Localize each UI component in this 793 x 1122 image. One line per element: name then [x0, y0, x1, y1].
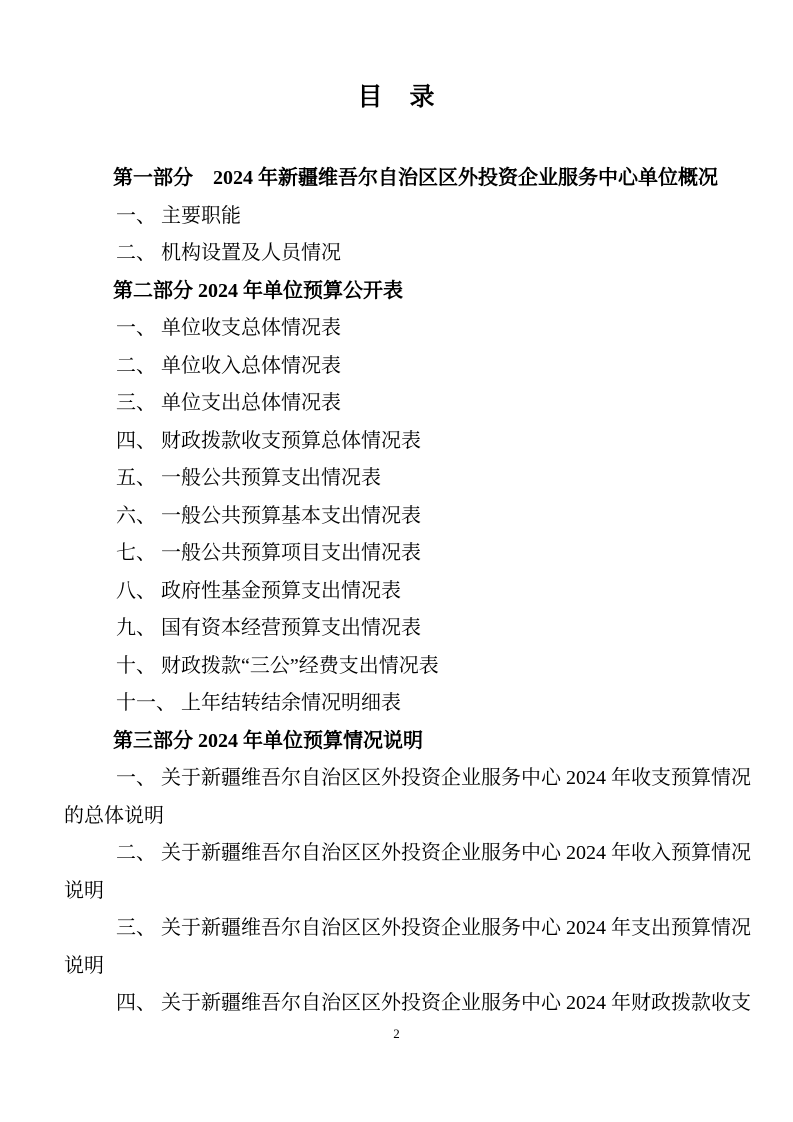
toc-entry: 一、 关于新疆维吾尔自治区区外投资企业服务中心 2024 年收支预算情况: [116, 760, 793, 798]
toc-entry: 八、 政府性基金预算支出情况表: [116, 573, 793, 611]
toc-entry: 三、 单位支出总体情况表: [116, 385, 793, 423]
toc-entry-continuation: 说明: [64, 873, 793, 911]
toc-entry: 二、 单位收入总体情况表: [116, 348, 793, 386]
toc-entry: 九、 国有资本经营预算支出情况表: [116, 610, 793, 648]
toc-entry: 一、 主要职能: [116, 198, 793, 236]
toc-section-2-heading: 第二部分 2024 年单位预算公开表: [113, 273, 793, 311]
toc-entry: 二、 关于新疆维吾尔自治区区外投资企业服务中心 2024 年收入预算情况: [116, 835, 793, 873]
toc-section-1-heading: 第一部分 2024 年新疆维吾尔自治区区外投资企业服务中心单位概况: [113, 160, 793, 198]
toc-entry: 六、 一般公共预算基本支出情况表: [116, 498, 793, 536]
toc-entry: 三、 关于新疆维吾尔自治区区外投资企业服务中心 2024 年支出预算情况: [116, 910, 793, 948]
toc-entry-continuation: 说明: [64, 948, 793, 986]
toc-entry: 二、 机构设置及人员情况: [116, 235, 793, 273]
toc-entry: 七、 一般公共预算项目支出情况表: [116, 535, 793, 573]
page-number: 2: [0, 1023, 793, 1044]
toc-entry: 五、 一般公共预算支出情况表: [116, 460, 793, 498]
toc-entry-continuation: 的总体说明: [64, 798, 793, 836]
page-title: 目 录: [0, 0, 793, 112]
toc-entry: 四、 财政拨款收支预算总体情况表: [116, 423, 793, 461]
toc-entry: 十、 财政拨款“三公”经费支出情况表: [116, 648, 793, 686]
toc-entry: 四、 关于新疆维吾尔自治区区外投资企业服务中心 2024 年财政拨款收支: [116, 985, 793, 1023]
toc-section-3-heading: 第三部分 2024 年单位预算情况说明: [113, 723, 793, 761]
table-of-contents: 第一部分 2024 年新疆维吾尔自治区区外投资企业服务中心单位概况 一、 主要职…: [0, 160, 793, 1023]
document-page: 目 录 第一部分 2024 年新疆维吾尔自治区区外投资企业服务中心单位概况 一、…: [0, 0, 793, 1122]
toc-entry: 一、 单位收支总体情况表: [116, 310, 793, 348]
toc-entry: 十一、 上年结转结余情况明细表: [116, 685, 793, 723]
